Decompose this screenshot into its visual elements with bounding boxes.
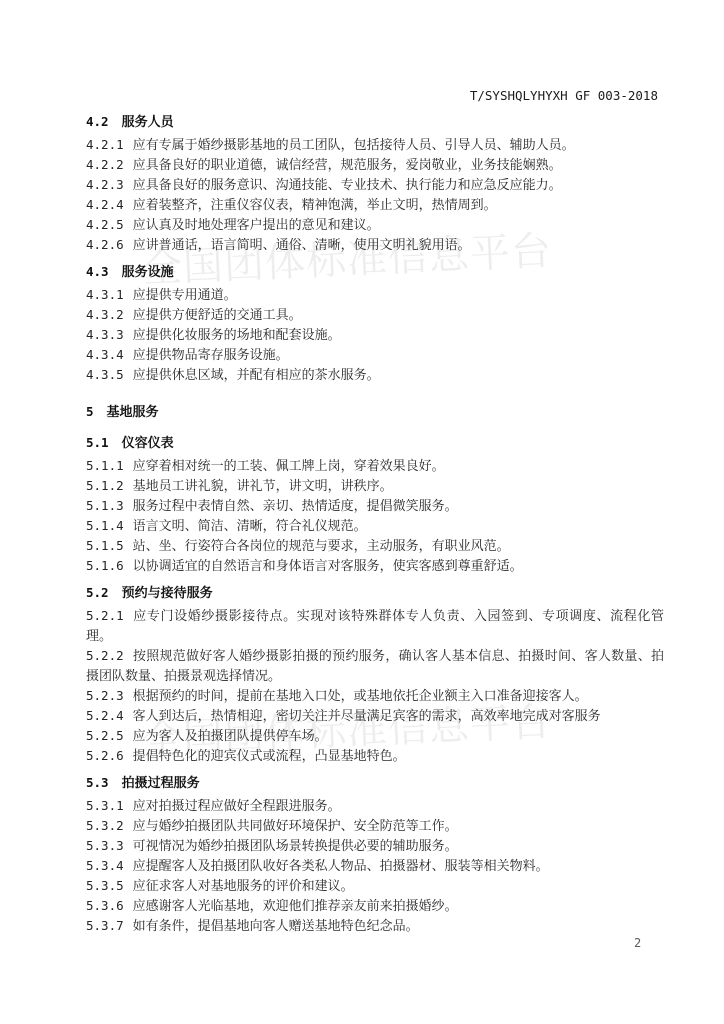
document-body: 4.2服务人员4.2.1应有专属于婚纱摄影基地的员工团队，包括接待人员、引导人员… [86,112,664,936]
clause-number: 4.3.4 [86,347,124,362]
clause-text: 服务过程中表情自然、亲切、热情适度，提倡微笑服务。 [133,498,458,513]
clause: 4.2.4应着装整齐，注重仪容仪表，精神饱满，举止文明，热情周到。 [86,195,664,215]
clause-number: 4.2.5 [86,217,124,232]
clause: 5.3.5应征求客人对基地服务的评价和建议。 [86,876,664,896]
clause: 5.1.6以协调适宜的自然语言和身体语言对客服务，使宾客感到尊重舒适。 [86,556,664,576]
section-heading: 4.3服务设施 [86,262,664,282]
clause-number: 5.2 [86,585,109,600]
clause-text: 如有条件，提倡基地向客人赠送基地特色纪念品。 [133,918,419,933]
clause-number: 5.3.3 [86,838,124,853]
clause-number: 5.1.6 [86,558,124,573]
clause-text: 应具备良好的服务意识、沟通技能、专业技术、执行能力和应急反应能力。 [133,177,562,192]
clause: 4.3.3应提供化妆服务的场地和配套设施。 [86,325,664,345]
clause: 4.3.5应提供休息区域，并配有相应的茶水服务。 [86,365,664,385]
clause-text: 应对拍摄过程应做好全程跟进服务。 [133,798,341,813]
clause-text: 基地员工讲礼貌，讲礼节，讲文明，讲秩序。 [133,478,393,493]
clause-text: 应穿着相对统一的工装、佩工牌上岗，穿着效果良好。 [133,458,445,473]
clause: 5.2.1应专门设婚纱摄影接待点。实现对该特殊群体专人负责、入园签到、专项调度、… [86,606,664,646]
clause-text: 应讲普通话，语言简明、通俗、清晰，使用文明礼貌用语。 [133,237,471,252]
clause: 5.3.4应提醒客人及拍摄团队收好各类私人物品、拍摄器材、服装等相关物料。 [86,856,664,876]
clause: 5.1.4语言文明、简洁、清晰，符合礼仪规范。 [86,516,664,536]
clause-number: 4.2.2 [86,157,124,172]
heading-text: 拍摄过程服务 [122,775,200,790]
clause-text: 应有专属于婚纱摄影基地的员工团队，包括接待人员、引导人员、辅助人员。 [133,137,575,152]
heading-text: 预约与接待服务 [122,585,213,600]
section-heading: 4.2服务人员 [86,112,664,132]
clause: 5.3.3可视情况为婚纱拍摄团队场景转换提供必要的辅助服务。 [86,836,664,856]
section-heading: 5.3拍摄过程服务 [86,773,664,793]
clause: 4.3.2应提供方便舒适的交通工具。 [86,305,664,325]
heading-text: 服务设施 [122,264,174,279]
clause-text: 客人到达后，热情相迎，密切关注并尽量满足宾客的需求，高效率地完成对客服务 [133,708,601,723]
section-heading: 5.1仪容仪表 [86,433,664,453]
clause-number: 5.2.3 [86,688,124,703]
page-number: 2 [634,936,641,950]
clause-number: 4.2.4 [86,197,124,212]
clause: 4.2.3应具备良好的服务意识、沟通技能、专业技术、执行能力和应急反应能力。 [86,175,664,195]
clause-text: 应具备良好的职业道德，诚信经营，规范服务，爱岗敬业，业务技能娴熟。 [133,157,562,172]
clause-number: 5.1 [86,435,109,450]
clause: 4.2.2应具备良好的职业道德，诚信经营，规范服务，爱岗敬业，业务技能娴熟。 [86,155,664,175]
clause-number: 5.2.1 [86,608,124,623]
clause: 4.2.6应讲普通话，语言简明、通俗、清晰，使用文明礼貌用语。 [86,235,664,255]
clause-number: 5.1.1 [86,458,124,473]
clause-text: 应征求客人对基地服务的评价和建议。 [133,878,354,893]
clause-text: 应提供方便舒适的交通工具。 [133,307,302,322]
clause-number: 5.3.5 [86,878,124,893]
heading-text: 仪容仪表 [122,435,174,450]
clause: 5.2.6提倡特色化的迎宾仪式或流程，凸显基地特色。 [86,746,664,766]
clause-text: 应认真及时地处理客户提出的意见和建议。 [133,217,380,232]
clause: 4.2.1应有专属于婚纱摄影基地的员工团队，包括接待人员、引导人员、辅助人员。 [86,135,664,155]
clause: 5.3.1应对拍摄过程应做好全程跟进服务。 [86,796,664,816]
clause-number: 5.1.4 [86,518,124,533]
section-heading: 5.2预约与接待服务 [86,583,664,603]
clause-number: 4.3.3 [86,327,124,342]
clause-number: 4.3.1 [86,287,124,302]
clause: 5.3.2应与婚纱拍摄团队共同做好环境保护、安全防范等工作。 [86,816,664,836]
clause: 5.3.6应感谢客人光临基地，欢迎他们推荐亲友前来拍摄婚纱。 [86,896,664,916]
clause: 5.1.3服务过程中表情自然、亲切、热情适度，提倡微笑服务。 [86,496,664,516]
clause-text: 应提供专用通道。 [133,287,237,302]
clause: 5.1.2基地员工讲礼貌，讲礼节，讲文明，讲秩序。 [86,476,664,496]
clause: 5.2.3根据预约的时间，提前在基地入口处，或基地依托企业额主入口准备迎接客人。 [86,686,664,706]
clause: 5.2.2按照规范做好客人婚纱摄影拍摄的预约服务，确认客人基本信息、拍摄时间、客… [86,646,664,686]
clause-number: 5.3.1 [86,798,124,813]
clause-number: 4.2.1 [86,137,124,152]
clause-number: 5.2.5 [86,728,124,743]
clause-text: 语言文明、简洁、清晰，符合礼仪规范。 [133,518,367,533]
document-page: 全国团体标准信息平台 全国团体标准信息平台 T/SYSHQLYHYXH GF 0… [0,0,724,1024]
clause-number: 5.3.4 [86,858,124,873]
clause: 4.3.1应提供专用通道。 [86,285,664,305]
clause-text: 提倡特色化的迎宾仪式或流程，凸显基地特色。 [133,748,406,763]
clause-number: 5.2.2 [86,648,124,663]
clause-text: 应提供物品寄存服务设施。 [133,347,289,362]
clause-number: 5.1.3 [86,498,124,513]
clause-number: 5.1.2 [86,478,124,493]
clause: 4.3.4应提供物品寄存服务设施。 [86,345,664,365]
clause-text: 可视情况为婚纱拍摄团队场景转换提供必要的辅助服务。 [133,838,458,853]
clause-text: 应着装整齐，注重仪容仪表，精神饱满，举止文明，热情周到。 [133,197,497,212]
document-code-header: T/SYSHQLYHYXH GF 003-2018 [470,88,658,103]
clause-text: 按照规范做好客人婚纱摄影拍摄的预约服务，确认客人基本信息、拍摄时间、客人数量、拍… [86,648,664,683]
heading-text: 服务人员 [122,114,174,129]
clause: 5.1.1应穿着相对统一的工装、佩工牌上岗，穿着效果良好。 [86,456,664,476]
clause-number: 5.2.4 [86,708,124,723]
clause-number: 5.3.2 [86,818,124,833]
clause-text: 应提醒客人及拍摄团队收好各类私人物品、拍摄器材、服装等相关物料。 [133,858,549,873]
clause-number: 4.3.2 [86,307,124,322]
clause-text: 应提供休息区域，并配有相应的茶水服务。 [133,367,380,382]
clause-number: 4.2.3 [86,177,124,192]
clause-number: 4.2 [86,114,109,129]
clause-number: 4.2.6 [86,237,124,252]
section-heading: 5基地服务 [86,402,664,422]
clause: 5.3.7如有条件，提倡基地向客人赠送基地特色纪念品。 [86,916,664,936]
clause-text: 应提供化妆服务的场地和配套设施。 [133,327,341,342]
clause-number: 4.3 [86,264,109,279]
clause-text: 应专门设婚纱摄影接待点。实现对该特殊群体专人负责、入园签到、专项调度、流程化管理… [86,608,664,643]
heading-text: 基地服务 [107,404,159,419]
clause-text: 根据预约的时间，提前在基地入口处，或基地依托企业额主入口准备迎接客人。 [133,688,588,703]
clause-text: 应为客人及拍摄团队提供停车场。 [133,728,328,743]
clause-text: 站、坐、行姿符合各岗位的规范与要求，主动服务，有职业风范。 [133,538,510,553]
clause: 5.2.5应为客人及拍摄团队提供停车场。 [86,726,664,746]
clause-number: 5 [86,404,94,419]
clause-number: 5.1.5 [86,538,124,553]
clause-text: 应感谢客人光临基地，欢迎他们推荐亲友前来拍摄婚纱。 [133,898,458,913]
clause-number: 5.3.6 [86,898,124,913]
clause-number: 5.3 [86,775,109,790]
clause: 4.2.5应认真及时地处理客户提出的意见和建议。 [86,215,664,235]
clause-number: 5.3.7 [86,918,124,933]
clause-text: 应与婚纱拍摄团队共同做好环境保护、安全防范等工作。 [133,818,458,833]
clause-number: 4.3.5 [86,367,124,382]
clause-number: 5.2.6 [86,748,124,763]
clause-text: 以协调适宜的自然语言和身体语言对客服务，使宾客感到尊重舒适。 [133,558,523,573]
clause: 5.2.4客人到达后，热情相迎，密切关注并尽量满足宾客的需求，高效率地完成对客服… [86,706,664,726]
clause: 5.1.5站、坐、行姿符合各岗位的规范与要求，主动服务，有职业风范。 [86,536,664,556]
